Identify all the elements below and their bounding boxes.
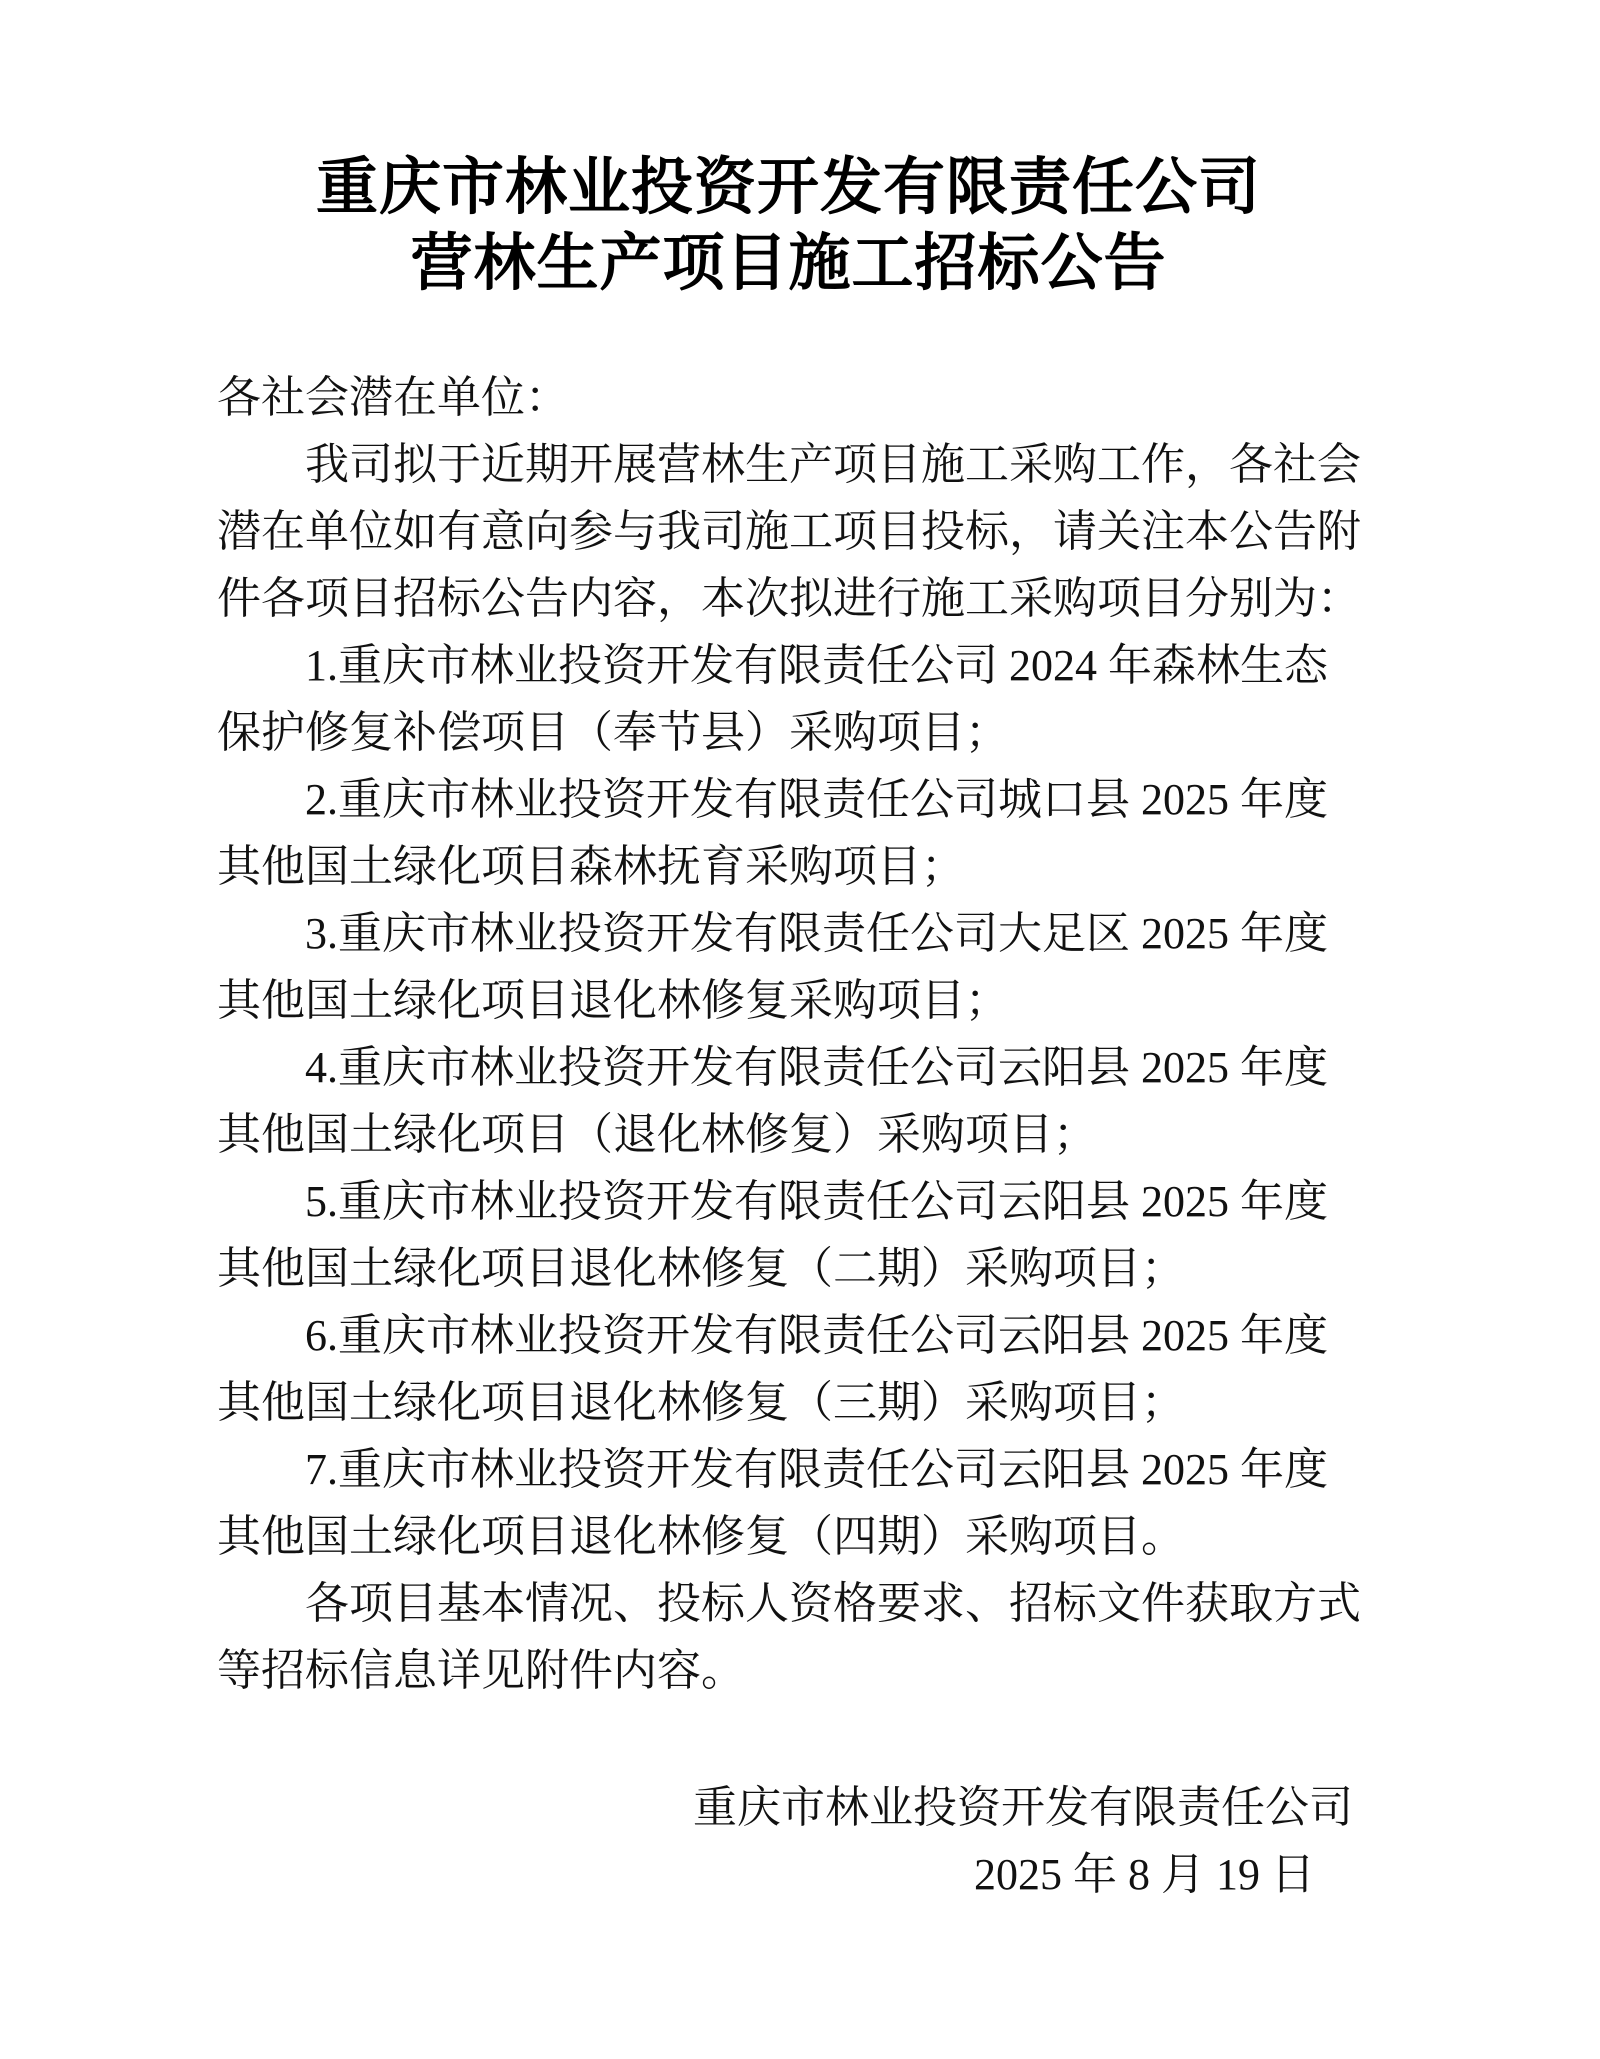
body-line-item-5: 5.重庆市林业投资开发有限责任公司云阳县 2025 年度 bbox=[217, 1168, 1360, 1235]
signature-company: 重庆市林业投资开发有限责任公司 bbox=[217, 1774, 1360, 1841]
document-title-line1: 重庆市林业投资开发有限责任公司 bbox=[217, 150, 1360, 226]
body-line: 潜在单位如有意向参与我司施工项目投标，请关注本公告附 bbox=[217, 498, 1360, 565]
body-line: 各项目基本情况、投标人资格要求、招标文件获取方式 bbox=[217, 1570, 1360, 1637]
body-line-item-7: 7.重庆市林业投资开发有限责任公司云阳县 2025 年度 bbox=[217, 1436, 1360, 1503]
document-title: 重庆市林业投资开发有限责任公司 营林生产项目施工招标公告 bbox=[217, 150, 1360, 302]
body-line: 我司拟于近期开展营林生产项目施工采购工作，各社会 bbox=[217, 431, 1360, 498]
body-line: 等招标信息详见附件内容。 bbox=[217, 1637, 1360, 1704]
body-line: 其他国土绿化项目退化林修复（二期）采购项目； bbox=[217, 1235, 1360, 1302]
body-line: 保护修复补偿项目（奉节县）采购项目； bbox=[217, 699, 1360, 766]
body-line-item-3: 3.重庆市林业投资开发有限责任公司大足区 2025 年度 bbox=[217, 900, 1360, 967]
signature-date: 2025 年 8 月 19 日 bbox=[217, 1841, 1360, 1908]
body-line: 其他国土绿化项目森林抚育采购项目； bbox=[217, 833, 1360, 900]
body-line-item-2: 2.重庆市林业投资开发有限责任公司城口县 2025 年度 bbox=[217, 766, 1360, 833]
document-content: 重庆市林业投资开发有限责任公司 营林生产项目施工招标公告 各社会潜在单位： 我司… bbox=[217, 0, 1360, 1908]
document-title-line2: 营林生产项目施工招标公告 bbox=[217, 226, 1360, 302]
body-line: 其他国土绿化项目（退化林修复）采购项目； bbox=[217, 1101, 1360, 1168]
body-line: 件各项目招标公告内容，本次拟进行施工采购项目分别为： bbox=[217, 565, 1360, 632]
body-line-item-4: 4.重庆市林业投资开发有限责任公司云阳县 2025 年度 bbox=[217, 1034, 1360, 1101]
document-page: 重庆市林业投资开发有限责任公司 营林生产项目施工招标公告 各社会潜在单位： 我司… bbox=[0, 0, 1600, 2059]
body-line-item-6: 6.重庆市林业投资开发有限责任公司云阳县 2025 年度 bbox=[217, 1302, 1360, 1369]
document-body: 各社会潜在单位： 我司拟于近期开展营林生产项目施工采购工作，各社会 潜在单位如有… bbox=[217, 364, 1360, 1704]
body-line: 其他国土绿化项目退化林修复（四期）采购项目。 bbox=[217, 1503, 1360, 1570]
body-line: 其他国土绿化项目退化林修复（三期）采购项目； bbox=[217, 1369, 1360, 1436]
body-line-salutation: 各社会潜在单位： bbox=[217, 364, 1360, 431]
signature-block: 重庆市林业投资开发有限责任公司 2025 年 8 月 19 日 bbox=[217, 1774, 1360, 1908]
body-line: 其他国土绿化项目退化林修复采购项目； bbox=[217, 967, 1360, 1034]
body-line-item-1: 1.重庆市林业投资开发有限责任公司 2024 年森林生态 bbox=[217, 632, 1360, 699]
